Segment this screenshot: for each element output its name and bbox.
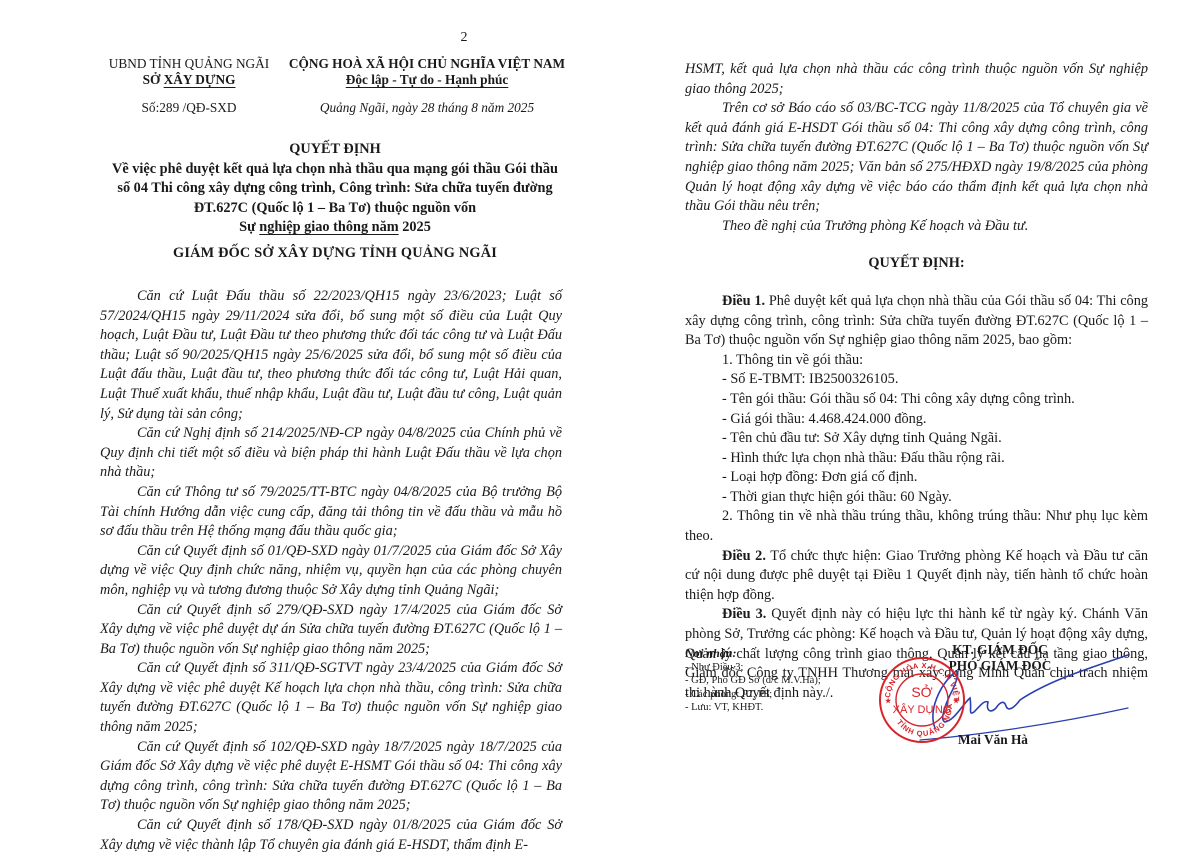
seal-star-right: ★ [953, 697, 960, 705]
article-1-section-2: 2. Thông tin về nhà thầu trúng thầu, khô… [685, 507, 1148, 546]
seal-star-left: ★ [885, 697, 892, 705]
seal-center-1: SỞ [911, 683, 932, 700]
seal-center-2: XÂY DỰNG [893, 703, 952, 716]
agency-parent: UBND TỈNH QUẢNG NGÃI [104, 56, 274, 72]
agency-name-underlined: XÂY DỰNG [164, 72, 236, 87]
document-number: Số:289 /QĐ-SXD [104, 100, 274, 116]
legal-basis: Căn cứ Thông tư số 79/2025/TT-BTC ngày 0… [100, 483, 562, 542]
document-title: QUYẾT ĐỊNH Về việc phê duyệt kết quả lựa… [100, 140, 570, 238]
legal-basis: Căn cứ Quyết định số 311/QĐ-SGTVT ngày 2… [100, 659, 562, 737]
package-info-item: - Tên gói thầu: Gói thầu số 04: Thi công… [685, 390, 1148, 410]
subject-line: số 04 Thi công xây dựng công trình, Công… [100, 179, 570, 199]
doc-type: QUYẾT ĐỊNH [100, 140, 570, 160]
package-info-item: - Tên chủ đầu tư: Sở Xây dựng tỉnh Quảng… [685, 429, 1148, 449]
official-seal-icon: CỘNG HÒA X.H.C.N VIỆT NAM TỈNH QUẢNG NGÃ… [878, 656, 966, 744]
subject-last-underlined: nghiệp giao thông năm [259, 219, 398, 235]
subject-last-prefix: Sự [239, 219, 259, 235]
legal-basis: Căn cứ Quyết định số 01/QĐ-SXD ngày 01/7… [100, 542, 562, 601]
subject-line: Sự nghiệp giao thông năm 2025 [100, 218, 570, 238]
package-info-item: - Loại hợp đồng: Đơn giá cố định. [685, 468, 1148, 488]
issuing-authority: GIÁM ĐỐC SỞ XÂY DỰNG TỈNH QUẢNG NGÃI [100, 245, 570, 262]
national-motto: Độc lập - Tự do - Hạnh phúc [282, 72, 572, 88]
agency-name: SỞ XÂY DỰNG [104, 72, 274, 88]
agency-header: UBND TỈNH QUẢNG NGÃI SỞ XÂY DỰNG Số:289 … [104, 56, 274, 116]
basis-report: Trên cơ sở Báo cáo số 03/BC-TCG ngày 11/… [685, 99, 1148, 217]
legal-basis: Căn cứ Quyết định số 279/QĐ-SXD ngày 17/… [100, 601, 562, 660]
recipient-item: - GĐ, Phó GĐ Sở (đ/c M.V.Hà); [685, 674, 885, 687]
article-2: Điều 2. Tổ chức thực hiện: Giao Trưởng p… [685, 547, 1148, 606]
recipient-item: - Các phòng: P7, P8; [685, 688, 885, 701]
page-1: UBND TỈNH QUẢNG NGÃI SỞ XÂY DỰNG Số:289 … [0, 0, 600, 860]
recipients-title: Nơi nhận: [685, 647, 885, 660]
recipient-item: - Lưu: VT, KHĐT. [685, 701, 885, 714]
decision-body: HSMT, kết quả lựa chọn nhà thầu các công… [685, 60, 1148, 703]
subject-last-suffix: 2025 [399, 219, 431, 235]
subject-line: ĐT.627C (Quốc lộ 1 – Ba Tơ) thuộc nguồn … [100, 199, 570, 219]
package-info-item: - Hình thức lựa chọn nhà thầu: Đấu thầu … [685, 449, 1148, 469]
legal-basis: Căn cứ Quyết định số 102/QĐ-SXD ngày 18/… [100, 738, 562, 816]
article-2-label: Điều 2. [722, 548, 766, 564]
package-info-item: - Số E-TBMT: IB2500326105. [685, 370, 1148, 390]
legal-basis: Căn cứ Quyết định số 178/QĐ-SXD ngày 01/… [100, 816, 562, 855]
legal-basis-continuation: HSMT, kết quả lựa chọn nhà thầu các công… [685, 60, 1148, 99]
article-1-section-1: 1. Thông tin về gói thầu: [685, 351, 1148, 371]
place-date: Quảng Ngãi, ngày 28 tháng 8 năm 2025 [282, 100, 572, 116]
package-info-item: - Thời gian thực hiện gói thầu: 60 Ngày. [685, 488, 1148, 508]
recipient-item: - Như Điều 3; [685, 661, 885, 674]
doc-subject: Về việc phê duyệt kết quả lựa chọn nhà t… [100, 160, 570, 238]
package-info-item: - Giá gói thầu: 4.468.424.000 đồng. [685, 410, 1148, 430]
agency-name-prefix: SỞ [143, 72, 164, 87]
article-1: Điều 1. Phê duyệt kết quả lựa chọn nhà t… [685, 292, 1148, 351]
article-1-label: Điều 1. [722, 293, 765, 309]
recipients-block: Nơi nhận: - Như Điều 3; - GĐ, Phó GĐ Sở … [685, 647, 885, 714]
legal-bases: Căn cứ Luật Đấu thầu số 22/2023/QH15 ngà… [100, 287, 562, 855]
national-header: CỘNG HOÀ XÃ HỘI CHỦ NGHĨA VIỆT NAM Độc l… [282, 56, 572, 116]
proposal: Theo đề nghị của Trưởng phòng Kế hoạch v… [685, 217, 1148, 237]
legal-basis: Căn cứ Nghị định số 214/2025/NĐ-CP ngày … [100, 424, 562, 483]
nation-title: CỘNG HOÀ XÃ HỘI CHỦ NGHĨA VIỆT NAM [282, 56, 572, 72]
subject-line: Về việc phê duyệt kết quả lựa chọn nhà t… [100, 160, 570, 180]
legal-basis: Căn cứ Luật Đấu thầu số 22/2023/QH15 ngà… [100, 287, 562, 424]
decision-heading: QUYẾT ĐỊNH: [685, 254, 1148, 274]
signer-name: Mai Văn Hà [958, 732, 1028, 748]
page-number: 2 [0, 30, 620, 46]
article-3-label: Điều 3. [722, 606, 766, 622]
